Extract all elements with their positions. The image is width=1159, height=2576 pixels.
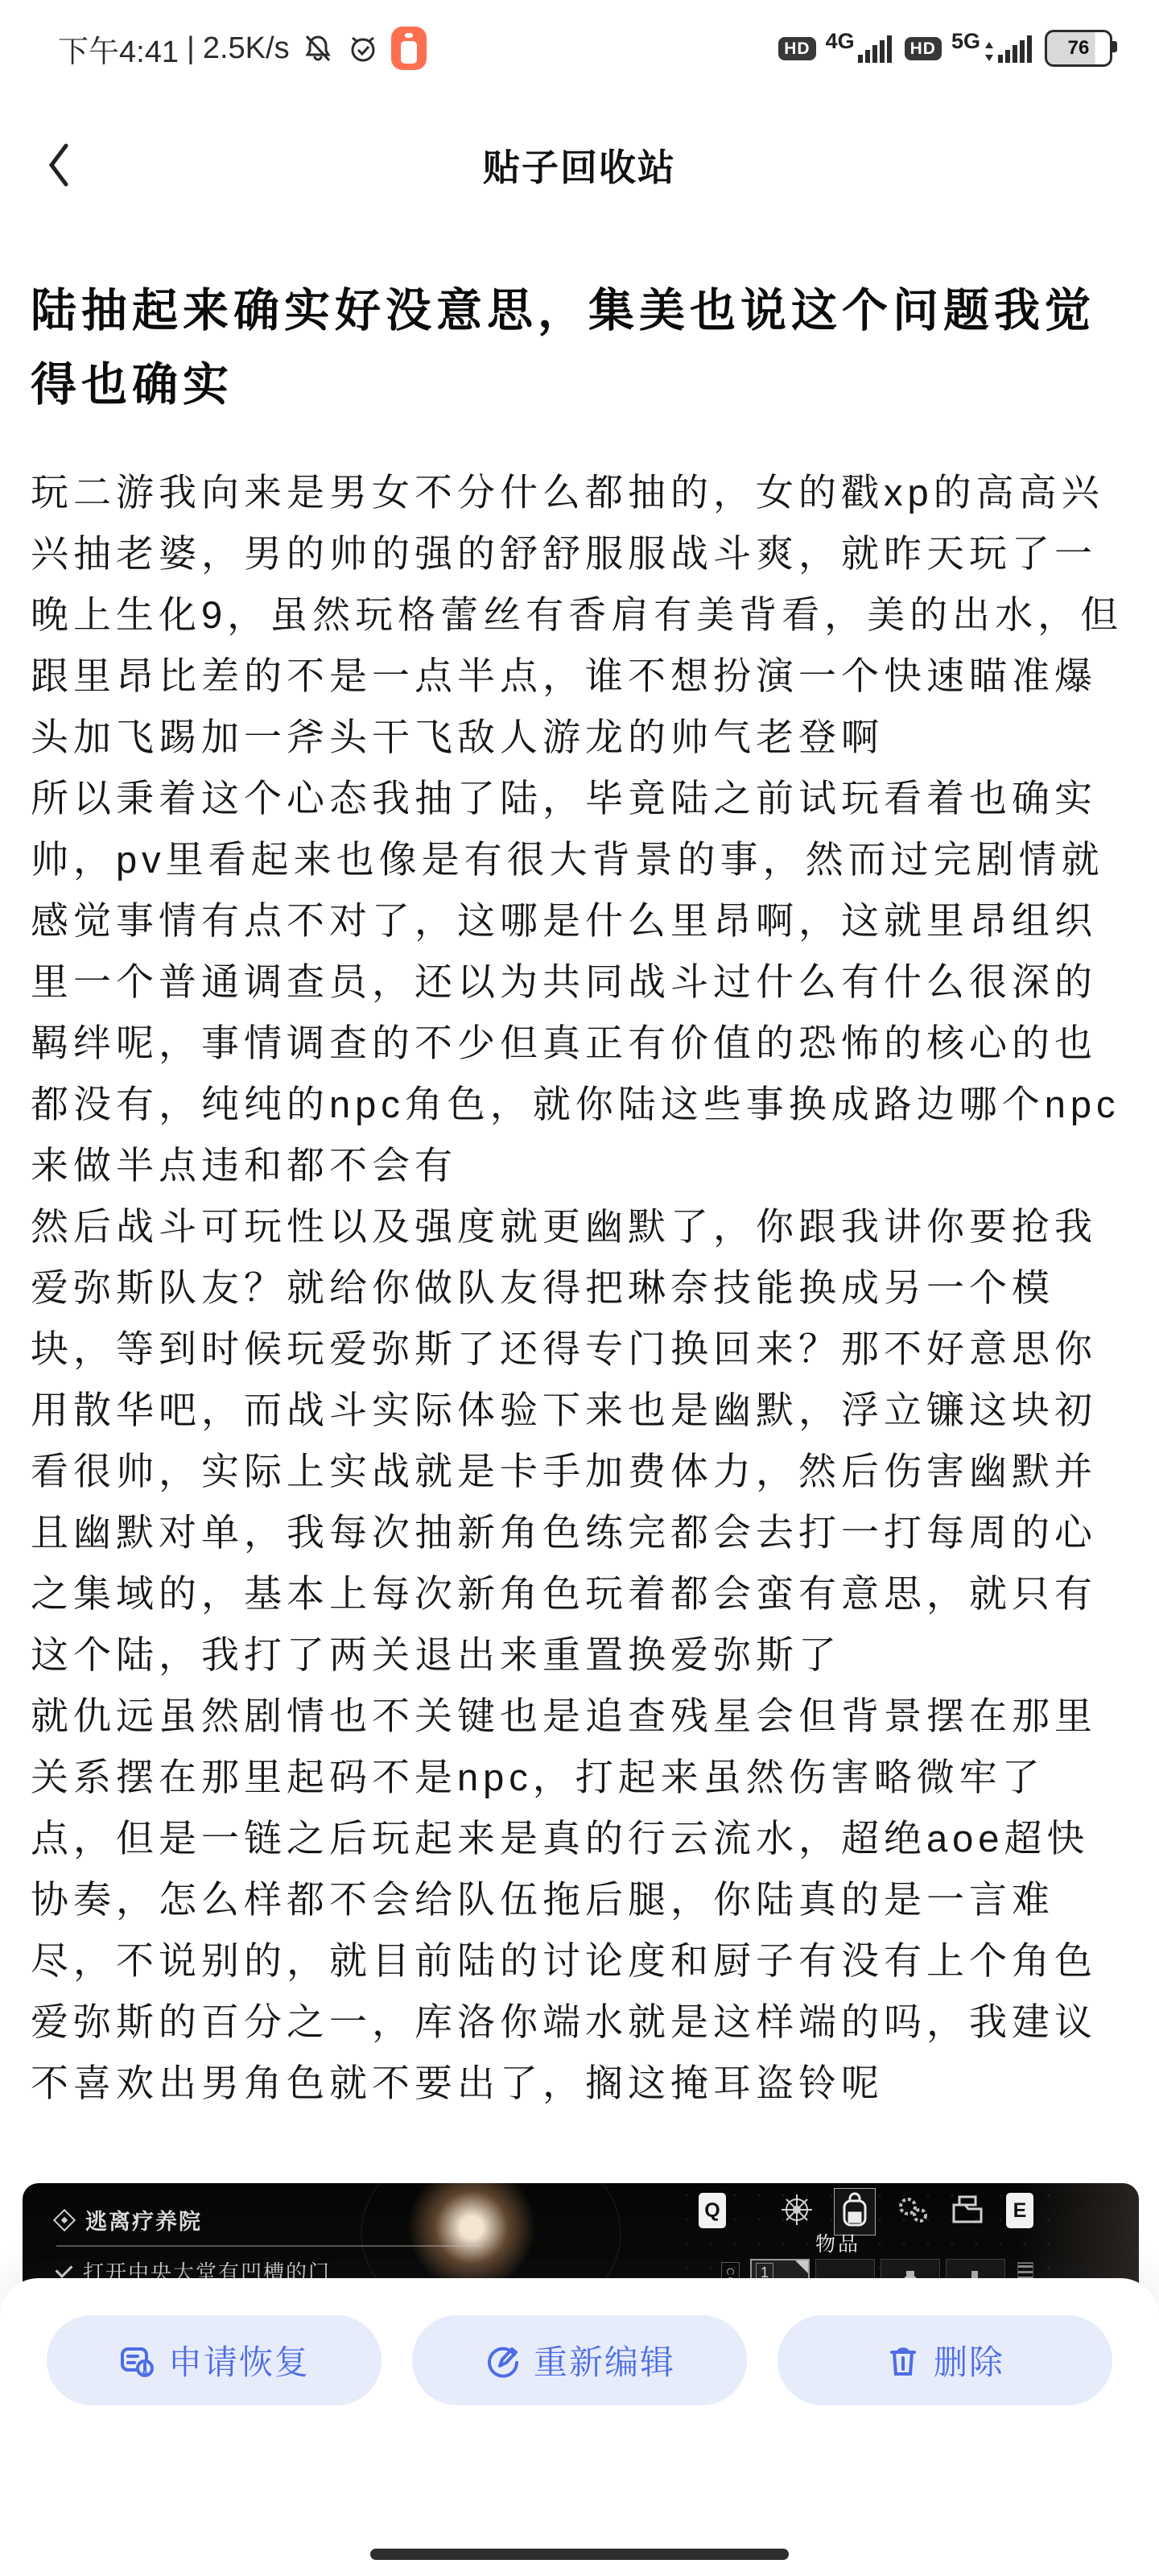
clock-time: 下午4:41 [58,27,179,71]
bottom-action-sheet: 申请恢复 重新编辑 删除 [0,2278,1159,2576]
page-title: 贴子回收站 [483,138,676,192]
quest-divider [56,2245,483,2247]
signal-bars-icon-2 [998,32,1035,67]
home-indicator[interactable] [370,2549,789,2560]
restore-button-label: 申请恢复 [168,2336,310,2384]
status-right: HD 4G HD 5G [778,30,1112,67]
files-icon [950,2194,985,2230]
delete-button[interactable]: 删除 [777,2315,1112,2405]
header: 贴子回收站 [0,105,1159,225]
post-body: 玩二游我向来是男女不分什么都抽的，女的戳xp的高高兴兴抽老婆，男的帅的强的舒舒服… [31,462,1128,2114]
reedit-button[interactable]: 重新编辑 [412,2315,747,2405]
restore-button[interactable]: 申请恢复 [47,2315,382,2405]
quest-title: 逃离疗养院 [85,2204,202,2235]
gears-icon [895,2194,930,2230]
chevron-down-icon [56,2260,73,2278]
status-time-speed: 下午4:41 | 2.5K/s [58,27,290,71]
key-e-badge: E [1006,2193,1033,2228]
trash-icon [885,2342,921,2379]
slot-corner-marker [795,2260,808,2273]
network-type-2: 5G [951,31,980,52]
network-speed: 2.5K/s [203,31,290,66]
signal-sim1: 4G [826,31,895,67]
back-button[interactable] [43,140,76,190]
network-type-1: 4G [826,31,855,52]
status-left: 下午4:41 | 2.5K/s [58,27,427,71]
screen: 下午4:41 | 2.5K/s [0,0,1159,2576]
key-q-badge: Q [699,2193,726,2228]
post-title: 陆抽起来确实好没意思，集美也说这个问题我觉得也确实 [31,274,1128,422]
post-paragraph: 就仇远虽然剧情也不关键也是追查残星会但背景摆在那里关系摆在那里起码不是npc，打… [31,1686,1128,2114]
restore-icon [118,2342,155,2379]
signal-sim2: 5G [951,31,1035,67]
action-buttons-row: 申请恢复 重新编辑 删除 [0,2278,1159,2405]
quest-title-row: 逃离疗养院 [56,2204,483,2235]
quest-diamond-icon [53,2208,76,2231]
inventory-tab-label: 物品 [802,2228,874,2257]
compass-icon [779,2192,815,2231]
battery-percent: 76 [1068,37,1090,60]
edit-icon [484,2342,521,2379]
battery-indicator: 76 [1045,30,1112,67]
status-divider: | [187,31,195,66]
status-bar: 下午4:41 | 2.5K/s [0,0,1159,80]
post-paragraph: 所以秉着这个心态我抽了陆，毕竟陆之前试玩看着也确实帅，pv里看起来也像是有很大背… [31,768,1128,1196]
reedit-button-label: 重新编辑 [534,2336,675,2384]
hd-badge-2: HD [905,37,942,60]
delete-button-label: 删除 [934,2336,1004,2384]
app-notification-icon [391,27,427,70]
bell-muted-icon [301,31,335,65]
post-paragraph: 玩二游我向来是男女不分什么都抽的，女的戳xp的高高兴兴抽老婆，男的帅的强的舒舒服… [31,462,1128,768]
alarm-clock-icon [346,31,380,65]
signal-bars-icon-1 [858,32,895,67]
data-arrows-icon [984,32,995,67]
post-paragraph: 然后战斗可玩性以及强度就更幽默了，你跟我讲你要抢我爱弥斯队友？就给你做队友得把琳… [31,1196,1128,1686]
chevron-left-icon [43,141,72,189]
hd-badge-1: HD [778,37,815,60]
